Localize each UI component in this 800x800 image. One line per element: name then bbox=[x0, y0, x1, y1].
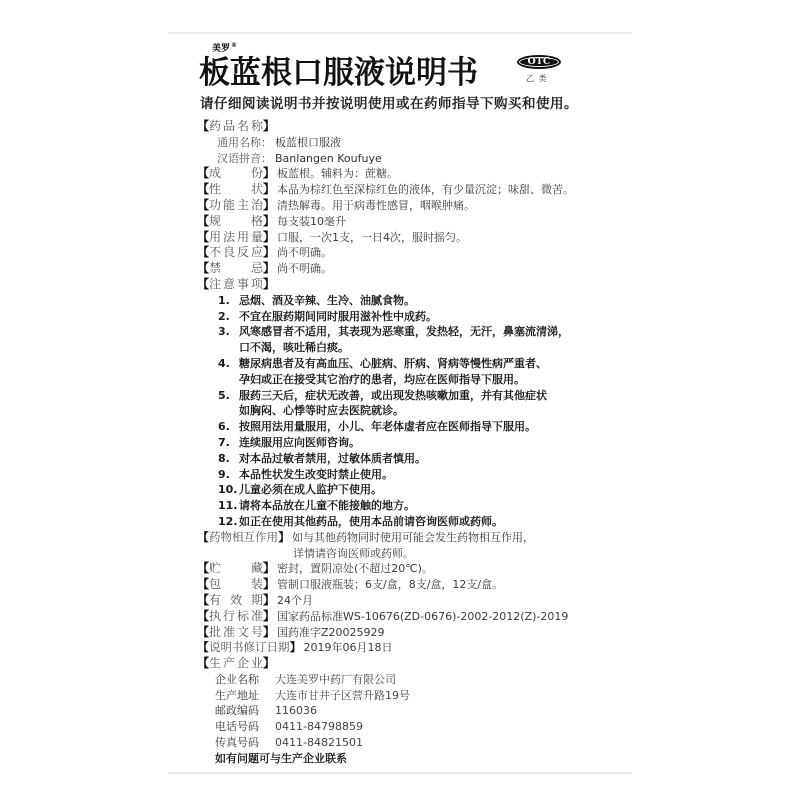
section-label: 【性 状】 bbox=[197, 182, 275, 198]
section-label-text: 注意事项 bbox=[209, 277, 263, 293]
page-title: 板蓝根口服液说明书 bbox=[199, 55, 478, 91]
bracket-open: 【 bbox=[197, 593, 209, 609]
section-label: 【有 效 期】 bbox=[197, 593, 275, 609]
standard-value: 国家药品标准WS-10676(ZD-0676)-2002-2012(Z)-201… bbox=[277, 610, 568, 623]
precaution-item: 12.如正在使用其他药品，使用本品前请咨询医师或药师。 bbox=[197, 514, 617, 530]
section-label-text: 批准文号 bbox=[209, 625, 263, 641]
section-label: 【说明书修订日期】 bbox=[197, 640, 302, 656]
section-precautions: 【注意事项】 bbox=[197, 277, 617, 293]
bracket-close: 】 bbox=[263, 182, 275, 198]
section-adverse-reactions: 【不良反应】尚不明确。 bbox=[197, 245, 617, 261]
section-label: 【贮 藏】 bbox=[197, 561, 275, 577]
section-package: 【包 装】管制口服液瓶装；6支/盒，8支/盒，12支/盒。 bbox=[197, 577, 617, 593]
item-number: 9. bbox=[218, 467, 239, 483]
item-text: 按照用法用量服用，小儿、年老体虚者应在医师指导下服用。 bbox=[239, 420, 536, 433]
section-label-text: 执行标准 bbox=[209, 609, 263, 625]
section-label: 【生产企业】 bbox=[197, 656, 275, 672]
item-text: 风寒感冒者不适用，其表现为恶寒重，发热轻，无汗，鼻塞流清涕， bbox=[239, 325, 569, 338]
manufacturer-name-row: 企业名称大连美罗中药厂有限公司 bbox=[197, 672, 617, 688]
item-continuation: 孕妇或正在接受其它治疗的患者，均应在医师指导下服用。 bbox=[197, 372, 617, 388]
registered-mark: ® bbox=[231, 42, 237, 49]
manufacturer-postcode-row: 邮政编码116036 bbox=[197, 703, 617, 719]
item-number: 6. bbox=[218, 419, 239, 435]
bracket-close: 】 bbox=[263, 277, 275, 293]
item-number: 7. bbox=[218, 435, 239, 451]
dosage-value: 口服，一次1支，一日4次，服时摇匀。 bbox=[277, 231, 467, 244]
item-text: 忌烟、酒及辛辣、生冷、油腻食物。 bbox=[239, 294, 415, 307]
section-appearance: 【性 状】本品为棕红色至深棕红色的液体，有少量沉淀；味甜、微苦。 bbox=[197, 182, 617, 198]
section-label-text: 性 状 bbox=[209, 182, 263, 198]
pinyin-row: 汉语拼音：Banlangen Koufuye bbox=[197, 151, 617, 167]
precaution-item: 5.服药三天后，症状无改善，或出现发热咳嗽加重，并有其他症状 bbox=[197, 388, 617, 404]
section-label-text: 有 效 期 bbox=[209, 593, 263, 609]
bracket-open: 【 bbox=[197, 166, 209, 182]
section-approval: 【批准文号】国药准字Z20025929 bbox=[197, 625, 617, 641]
adverse-reactions-value: 尚不明确。 bbox=[277, 246, 332, 259]
section-label: 【批准文号】 bbox=[197, 625, 275, 641]
bracket-open: 【 bbox=[197, 577, 209, 593]
bracket-close: 】 bbox=[278, 530, 290, 546]
item-number: 8. bbox=[218, 451, 239, 467]
contraindications-value: 尚不明确。 bbox=[277, 262, 332, 275]
bracket-open: 【 bbox=[197, 609, 209, 625]
item-text: 服药三天后，症状无改善，或出现发热咳嗽加重，并有其他症状 bbox=[239, 389, 547, 402]
item-text: 儿童必须在成人监护下使用。 bbox=[239, 483, 382, 496]
brand-logo: 美罗® bbox=[212, 44, 237, 55]
item-text: 本品性状发生改变时禁止使用。 bbox=[239, 468, 393, 481]
manufacturer-fax-row: 传真号码0411-84821501 bbox=[197, 735, 617, 751]
contact-note: 如有问题可与生产企业联系 bbox=[197, 751, 617, 767]
bracket-open: 【 bbox=[197, 182, 209, 198]
bracket-open: 【 bbox=[197, 198, 209, 214]
top-border-line bbox=[168, 32, 632, 34]
section-label: 【禁 忌】 bbox=[197, 261, 275, 277]
bracket-close: 】 bbox=[263, 656, 275, 672]
section-ingredients: 【成 份】板蓝根。辅料为：蔗糖。 bbox=[197, 166, 617, 182]
storage-value: 密封，置阴凉处(不超过20℃)。 bbox=[277, 562, 433, 575]
bracket-close: 】 bbox=[263, 561, 275, 577]
item-text: 不宜在服药期间同时服用滋补性中成药。 bbox=[239, 310, 437, 323]
manufacturer-address-row: 生产地址大连市甘井子区营升路19号 bbox=[197, 688, 617, 704]
mfr-label: 传真号码 bbox=[215, 735, 275, 751]
bracket-close: 】 bbox=[263, 593, 275, 609]
ingredients-value: 板蓝根。辅料为：蔗糖。 bbox=[277, 167, 398, 180]
item-continuation: 如胸闷、心悸等时应去医院就诊。 bbox=[197, 403, 617, 419]
precaution-item: 3.风寒感冒者不适用，其表现为恶寒重，发热轻，无汗，鼻塞流清涕， bbox=[197, 324, 617, 340]
bracket-open: 【 bbox=[197, 530, 209, 546]
section-indications: 【功能主治】清热解毒。用于病毒性感冒，咽喉肿痛。 bbox=[197, 198, 617, 214]
precaution-item: 8.对本品过敏者禁用，过敏体质者慎用。 bbox=[197, 451, 617, 467]
item-continuation: 口不渴，咳吐稀白痰。 bbox=[197, 340, 617, 356]
section-dosage: 【用法用量】口服，一次1支，一日4次，服时摇匀。 bbox=[197, 230, 617, 246]
section-label-text: 药物相互作用 bbox=[209, 530, 278, 546]
item-number: 2. bbox=[218, 309, 239, 325]
bracket-close: 】 bbox=[263, 214, 275, 230]
section-label: 【包 装】 bbox=[197, 577, 275, 593]
pinyin-label: 汉语拼音： bbox=[217, 151, 275, 167]
indications-value: 清热解毒。用于病毒性感冒，咽喉肿痛。 bbox=[277, 199, 475, 212]
section-label-text: 包 装 bbox=[209, 577, 263, 593]
section-label-text: 规 格 bbox=[209, 214, 263, 230]
section-label: 【用法用量】 bbox=[197, 230, 275, 246]
section-label: 【执行标准】 bbox=[197, 609, 275, 625]
section-revision-date: 【说明书修订日期】2019年06月18日 bbox=[197, 640, 617, 656]
section-label-text: 用法用量 bbox=[209, 230, 263, 246]
section-label-text: 贮 藏 bbox=[209, 561, 263, 577]
section-contraindications: 【禁 忌】尚不明确。 bbox=[197, 261, 617, 277]
reading-notice: 请仔细阅读说明书并按说明使用或在药师指导下购买和使用。 bbox=[200, 96, 578, 112]
interactions-value: 如与其他药物同时使用可能会发生药物相互作用， bbox=[292, 531, 534, 544]
mfr-label: 生产地址 bbox=[215, 688, 275, 704]
bracket-close: 】 bbox=[263, 119, 275, 135]
leaflet-body: 【药品名称】 通用名称：板蓝根口服液 汉语拼音：Banlangen Koufuy… bbox=[197, 119, 617, 767]
section-label-text: 生产企业 bbox=[209, 656, 263, 672]
bracket-close: 】 bbox=[263, 577, 275, 593]
section-storage: 【贮 藏】密封，置阴凉处(不超过20℃)。 bbox=[197, 561, 617, 577]
revision-date-value: 2019年06月18日 bbox=[304, 641, 393, 654]
section-label: 【功能主治】 bbox=[197, 198, 275, 214]
bracket-open: 【 bbox=[197, 214, 209, 230]
item-text: 连续服用应向医师咨询。 bbox=[239, 436, 360, 449]
precaution-item: 2.不宜在服药期间同时服用滋补性中成药。 bbox=[197, 309, 617, 325]
bracket-open: 【 bbox=[197, 245, 209, 261]
bracket-close: 】 bbox=[290, 640, 302, 656]
precaution-item: 4.糖尿病患者及有高血压、心脏病、肝病、肾病等慢性病严重者、 bbox=[197, 356, 617, 372]
mfr-label: 电话号码 bbox=[215, 719, 275, 735]
approval-value: 国药准字Z20025929 bbox=[277, 626, 385, 639]
section-label: 【成 份】 bbox=[197, 166, 275, 182]
interactions-continuation: 详情请咨询医师或药师。 bbox=[197, 546, 617, 562]
bracket-open: 【 bbox=[197, 656, 209, 672]
section-label-text: 功能主治 bbox=[209, 198, 263, 214]
section-interactions: 【药物相互作用】如与其他药物同时使用可能会发生药物相互作用， bbox=[197, 530, 617, 546]
bracket-close: 】 bbox=[263, 245, 275, 261]
section-label-text: 不良反应 bbox=[209, 245, 263, 261]
item-text: 如正在使用其他药品，使用本品前请咨询医师或药师。 bbox=[239, 515, 503, 528]
brand-name: 美罗 bbox=[212, 44, 230, 54]
item-number: 4. bbox=[218, 356, 239, 372]
item-text: 请将本品放在儿童不能接触的地方。 bbox=[239, 499, 415, 512]
bracket-close: 】 bbox=[263, 166, 275, 182]
section-label: 【不良反应】 bbox=[197, 245, 275, 261]
mfr-value: 0411-84821501 bbox=[275, 736, 363, 749]
bracket-close: 】 bbox=[263, 261, 275, 277]
mfr-value: 大连市甘井子区营升路19号 bbox=[275, 689, 410, 702]
appearance-value: 本品为棕红色至深棕红色的液体，有少量沉淀；味甜、微苦。 bbox=[277, 183, 574, 196]
section-shelf-life: 【有 效 期】24个月 bbox=[197, 593, 617, 609]
section-label-text: 药品名称 bbox=[209, 119, 263, 135]
bracket-close: 】 bbox=[263, 198, 275, 214]
section-label-text: 成 份 bbox=[209, 166, 263, 182]
item-text: 对本品过敏者禁用，过敏体质者慎用。 bbox=[239, 452, 426, 465]
package-value: 管制口服液瓶装；6支/盒，8支/盒，12支/盒。 bbox=[277, 578, 503, 591]
precaution-item: 11.请将本品放在儿童不能接触的地方。 bbox=[197, 498, 617, 514]
item-number: 1. bbox=[218, 293, 239, 309]
section-standard: 【执行标准】国家药品标准WS-10676(ZD-0676)-2002-2012(… bbox=[197, 609, 617, 625]
generic-name-label: 通用名称： bbox=[217, 135, 275, 151]
bracket-open: 【 bbox=[197, 277, 209, 293]
bracket-open: 【 bbox=[197, 261, 209, 277]
section-label: 【规 格】 bbox=[197, 214, 275, 230]
item-number: 5. bbox=[218, 388, 239, 404]
generic-name-value: 板蓝根口服液 bbox=[275, 136, 341, 149]
item-number: 11. bbox=[218, 498, 239, 514]
shelf-life-value: 24个月 bbox=[277, 594, 313, 607]
manufacturer-phone-row: 电话号码0411-84798859 bbox=[197, 719, 617, 735]
bracket-open: 【 bbox=[197, 625, 209, 641]
mfr-value: 大连美罗中药厂有限公司 bbox=[275, 673, 396, 686]
section-drug-name: 【药品名称】 bbox=[197, 119, 617, 135]
section-manufacturer: 【生产企业】 bbox=[197, 656, 617, 672]
otc-badge-icon: OTC bbox=[517, 55, 561, 69]
precaution-item: 9.本品性状发生改变时禁止使用。 bbox=[197, 467, 617, 483]
bracket-open: 【 bbox=[197, 640, 209, 656]
precaution-item: 1.忌烟、酒及辛辣、生冷、油腻食物。 bbox=[197, 293, 617, 309]
otc-badge-ring bbox=[519, 57, 559, 67]
section-specification: 【规 格】每支装10毫升 bbox=[197, 214, 617, 230]
specification-value: 每支装10毫升 bbox=[277, 215, 346, 228]
bracket-open: 【 bbox=[197, 561, 209, 577]
mfr-label: 企业名称 bbox=[215, 672, 275, 688]
section-label: 【药物相互作用】 bbox=[197, 530, 290, 546]
pinyin-value: Banlangen Koufuye bbox=[275, 152, 382, 165]
bracket-close: 】 bbox=[263, 625, 275, 641]
item-text: 糖尿病患者及有高血压、心脏病、肝病、肾病等慢性病严重者、 bbox=[239, 357, 547, 370]
section-label-text: 说明书修订日期 bbox=[209, 640, 290, 656]
generic-name-row: 通用名称：板蓝根口服液 bbox=[197, 135, 617, 151]
item-number: 3. bbox=[218, 324, 239, 340]
bracket-close: 】 bbox=[263, 609, 275, 625]
section-label-text: 禁 忌 bbox=[209, 261, 263, 277]
item-number: 10. bbox=[218, 482, 239, 498]
precaution-item: 10.儿童必须在成人监护下使用。 bbox=[197, 482, 617, 498]
precaution-item: 7.连续服用应向医师咨询。 bbox=[197, 435, 617, 451]
bottom-border-line bbox=[168, 772, 632, 774]
section-label: 【药品名称】 bbox=[197, 119, 275, 135]
bracket-open: 【 bbox=[197, 119, 209, 135]
otc-category: 乙 类 bbox=[526, 74, 548, 84]
item-number: 12. bbox=[218, 514, 239, 530]
mfr-label: 邮政编码 bbox=[215, 703, 275, 719]
bracket-open: 【 bbox=[197, 230, 209, 246]
section-label: 【注意事项】 bbox=[197, 277, 275, 293]
bracket-close: 】 bbox=[263, 230, 275, 246]
mfr-value: 116036 bbox=[275, 704, 317, 717]
mfr-value: 0411-84798859 bbox=[275, 720, 363, 733]
precaution-item: 6.按照用法用量服用，小儿、年老体虚者应在医师指导下服用。 bbox=[197, 419, 617, 435]
